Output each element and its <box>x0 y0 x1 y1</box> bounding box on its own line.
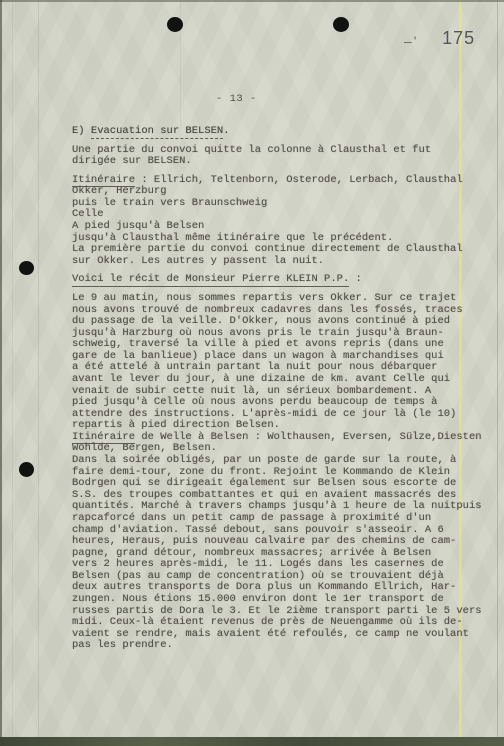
text-line: dirigée sur BELSEN. <box>72 156 502 168</box>
text-segment: Belsen (pas au camp de concentration) où… <box>72 570 444 582</box>
block-itinerary-1: Itinéraire : Ellrich, Teltenborn, Ostero… <box>72 175 502 268</box>
folio-stamp: –' 175 <box>404 28 475 49</box>
text-segment: attendre des instructions. L'après-midi … <box>72 408 456 420</box>
text-line: puis le train vers Braunschweig <box>72 198 502 210</box>
text-segment: Wohlde, Bergen, Belsen. <box>72 442 217 454</box>
text-line: E) Evacuation sur BELSEN. <box>72 126 502 138</box>
text-segment: La première partie du convoi continue di… <box>72 243 463 255</box>
scan-edge-bottom <box>0 737 504 746</box>
scan-edge-right <box>497 0 498 746</box>
punch-hole <box>19 261 34 275</box>
text-segment: midi. Ceux-là étaient revenus de près de… <box>72 616 463 628</box>
text-segment: sur Okker. Les autres y passent la nuit. <box>72 255 324 267</box>
text-segment: Okker, Herzburg <box>72 185 167 197</box>
text-segment: . <box>223 125 229 137</box>
text-segment: faire demi-tour, zone du front. Rejoint … <box>72 466 450 478</box>
block-recit-body: Le 9 au matin, nous sommes repartis vers… <box>72 293 502 652</box>
text-segment: a été attelé à untrain partant la nuit p… <box>72 361 437 373</box>
underlined-text: Evacuation sur BELSEN <box>91 125 223 139</box>
punch-hole <box>333 17 349 32</box>
text-segment: Celle <box>72 208 104 220</box>
text-line: pas les prendre. <box>72 640 502 652</box>
text-segment: pied jusqu'à Celle où nous avons perdu b… <box>72 396 437 408</box>
text-segment: : <box>349 273 362 285</box>
text-segment: avant le lever du jour, à une dizaine de… <box>72 373 450 385</box>
text-segment: jusqu'à Clausthal même itinéraire que le… <box>72 232 393 244</box>
text-segment: champ d'aviation. Tassé debout, sans pou… <box>72 524 444 536</box>
text-segment: Bodrgen qui se dirigeait également sur B… <box>72 477 456 489</box>
text-segment: vaient se rendre, mais avaient été refou… <box>72 628 469 640</box>
document-body: E) Evacuation sur BELSEN.Une partie du c… <box>72 126 502 652</box>
folio-number: 175 <box>442 28 475 49</box>
stamp-pen-mark: –' <box>404 33 418 49</box>
text-segment: nous avons trouvé de nombreux cadavres d… <box>72 304 463 316</box>
block-recit-heading: Voici le récit de Monsieur Pierre KLEIN … <box>72 274 502 286</box>
text-segment: S.S. des troupes combattantes et qui en … <box>72 489 456 501</box>
text-line: sur Okker. Les autres y passent la nuit. <box>72 256 502 268</box>
text-segment: du passage de la veille. D'Okker, nous a… <box>72 315 450 327</box>
text-segment: A pied jusqu'à Belsen <box>72 220 204 232</box>
text-segment: deux autres transports de Dora plus un K… <box>72 581 456 593</box>
text-segment: pas les prendre. <box>72 639 173 651</box>
text-segment: russes partis de Dora le 3. Et le 2ième … <box>72 605 482 617</box>
scanned-page: –' 175 - 13 - E) Evacuation sur BELSEN.U… <box>0 0 504 746</box>
text-segment: repartis à pied direction Belsen. <box>72 419 280 431</box>
text-segment: Le 9 au matin, nous sommes repartis vers… <box>72 292 456 304</box>
text-segment: Dans la soirée obligés, par un poste de … <box>72 454 456 466</box>
text-segment: E) <box>72 125 91 137</box>
text-segment: quantités. Marché à travers champs jusqu… <box>72 500 482 512</box>
block-heading: E) Evacuation sur BELSEN. <box>72 126 502 138</box>
text-segment: dirigée sur BELSEN. <box>72 155 192 167</box>
paper-crease-line <box>12 0 13 737</box>
text-segment: Une partie du convoi quitte la colonne à… <box>72 144 431 156</box>
paper-crease-line <box>38 0 39 737</box>
scan-edge-top <box>0 0 504 2</box>
text-segment: venait de subir cette nuit là, un sérieu… <box>72 385 431 397</box>
punch-hole <box>19 462 34 477</box>
text-segment: schweig, traversé la ville à pied et avo… <box>72 338 444 350</box>
underlined-text: Voici le récit de Monsieur Pierre KLEIN … <box>72 273 349 287</box>
punch-hole <box>167 17 183 32</box>
text-segment: rapcaforcé dans un petit camp de passage… <box>72 512 431 524</box>
block-para-evacuation: Une partie du convoi quitte la colonne à… <box>72 145 502 168</box>
text-segment: heures, Heraus, puis nouveau calvaire pa… <box>72 535 456 547</box>
text-segment: jusqu'à Harzburg où nous avons pris le t… <box>72 327 444 339</box>
text-line: Voici le récit de Monsieur Pierre KLEIN … <box>72 274 502 286</box>
text-segment: : Ellrich, Teltenborn, Osterode, Lerbach… <box>135 174 463 186</box>
text-segment: zungen. Nous étions 15.000 environ dont … <box>72 593 444 605</box>
text-segment: vers 2 heures après-midi, le 11. Logés d… <box>72 558 444 570</box>
text-segment: pagne, grand détour, nombreux massacres;… <box>72 547 431 559</box>
page-number: - 13 - <box>216 93 257 105</box>
scan-edge-left <box>0 0 2 746</box>
